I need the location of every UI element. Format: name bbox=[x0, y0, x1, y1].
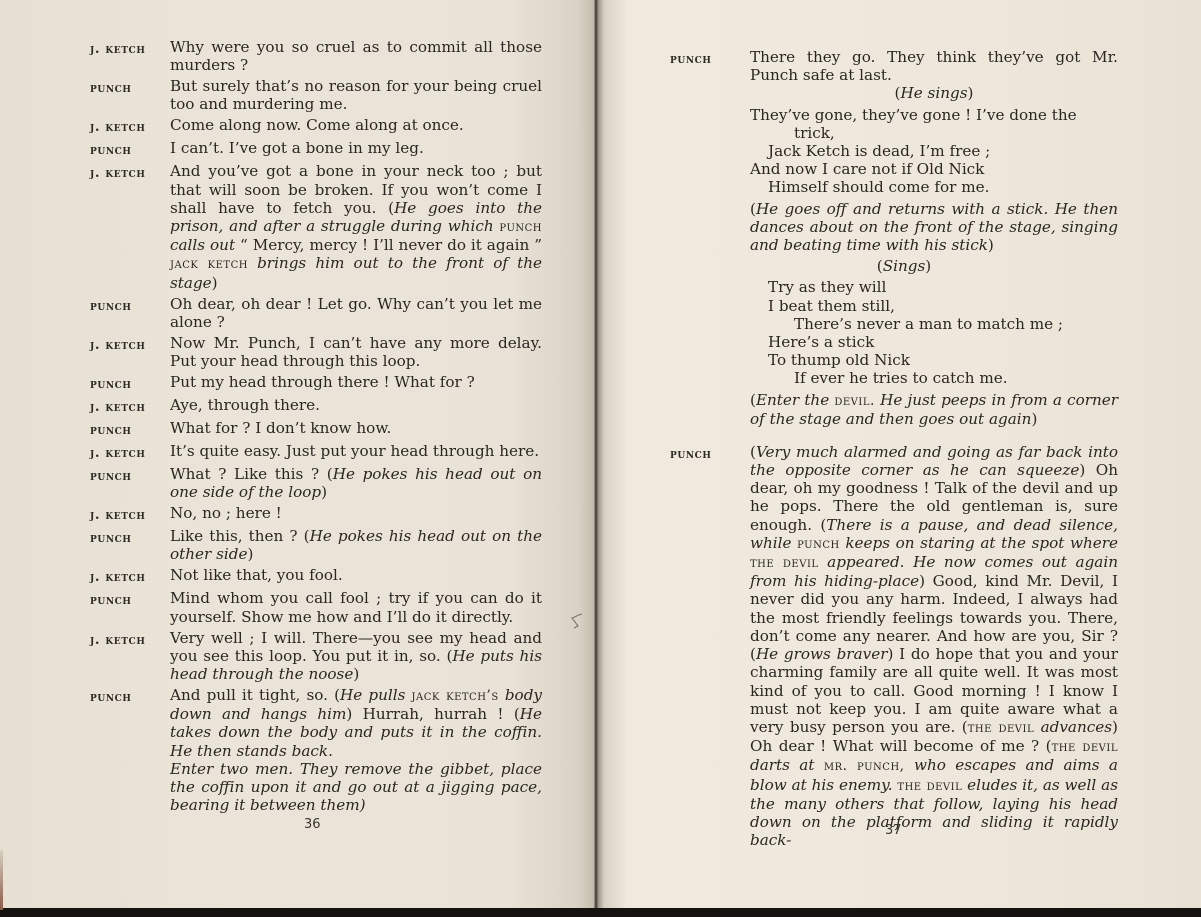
stage-direction: Enter the bbox=[756, 391, 834, 409]
speech-text: There they go. They think they’ve got Mr… bbox=[750, 48, 1118, 431]
character-name: The Devil bbox=[750, 555, 819, 571]
dialogue-line: J. KetchNo, no ; here ! bbox=[90, 504, 542, 524]
speaker-label: J. Ketch bbox=[90, 629, 170, 684]
stage-direction-sings: (He sings) bbox=[750, 84, 1118, 102]
character-name: Punch bbox=[499, 219, 542, 235]
speaker-label: Punch bbox=[90, 77, 170, 113]
speech-text: Not like that, you fool. bbox=[170, 566, 542, 586]
dialogue-line: PunchWhat ? Like this ? (He pokes his he… bbox=[90, 465, 542, 501]
song-verse-1: They’ve gone, they’ve gone ! I’ve done t… bbox=[750, 106, 1118, 197]
left-page: J. KetchWhy were you so cruel as to comm… bbox=[0, 0, 597, 912]
stage-direction: darts at bbox=[750, 756, 824, 774]
dialogue-line: PunchBut surely that’s no reason for you… bbox=[90, 77, 542, 113]
speech-text: And pull it tight, so. (He pulls Jack Ke… bbox=[170, 686, 542, 814]
speaker-label: J. Ketch bbox=[90, 396, 170, 416]
song-line: Try as they will bbox=[750, 278, 1118, 296]
dialogue-line: Punch There they go. They think they’ve … bbox=[670, 48, 1118, 431]
speech-text: But surely that’s no reason for your bei… bbox=[170, 77, 542, 113]
book-spread: J. KetchWhy were you so cruel as to comm… bbox=[0, 0, 1201, 912]
page-number-left: 36 bbox=[304, 817, 321, 832]
speaker-label: J. Ketch bbox=[90, 566, 170, 586]
dialogue-text: “ Mercy, mercy ! I’ll never do it again … bbox=[235, 236, 542, 254]
dialogue-text: ) bbox=[247, 545, 253, 563]
speaker-label: J. Ketch bbox=[90, 504, 170, 524]
speaker-label: Punch bbox=[90, 527, 170, 563]
speaker-label: Punch bbox=[90, 419, 170, 439]
song-line: Himself should come for me. bbox=[750, 178, 1118, 196]
song-line: Here’s a stick bbox=[750, 333, 1118, 351]
speech-text: It’s quite easy. Just put your head thro… bbox=[170, 442, 542, 462]
character-name: The Devil bbox=[897, 778, 962, 794]
speaker-label: Punch bbox=[90, 295, 170, 331]
dialogue-line: PunchPut my head through there ! What fo… bbox=[90, 373, 542, 393]
song-line: trick, bbox=[750, 124, 1118, 142]
dialogue-line: J. KetchIt’s quite easy. Just put your h… bbox=[90, 442, 542, 462]
dialogue-line: J. KetchAye, through there. bbox=[90, 396, 542, 416]
book-gutter bbox=[594, 0, 598, 912]
speech-text: Mind whom you call fool ; try if you can… bbox=[170, 589, 542, 625]
speaker-label: J. Ketch bbox=[90, 38, 170, 74]
speech-text: What for ? I don’t know how. bbox=[170, 419, 542, 439]
left-edge bbox=[0, 850, 3, 910]
dialogue-line: J. KetchNow Mr. Punch, I can’t have any … bbox=[90, 334, 542, 370]
speaker-label: Punch bbox=[90, 589, 170, 625]
stage-direction-stick: (He goes off and returns with a stick. H… bbox=[750, 200, 1118, 255]
right-page-text: Punch There they go. They think they’ve … bbox=[670, 48, 1118, 852]
stage-direction-devil: (Enter the Devil. He just peeps in from … bbox=[750, 391, 1118, 428]
dialogue-text: ) bbox=[353, 665, 359, 683]
direction-text: He goes off and returns with a stick. He… bbox=[750, 200, 1118, 254]
speech-text: Come along now. Come along at once. bbox=[170, 116, 542, 136]
left-page-text: J. KetchWhy were you so cruel as to comm… bbox=[90, 38, 542, 817]
song-verse-2: Try as they willI beat them still,There’… bbox=[750, 278, 1118, 387]
dialogue-text: Like this, then ? ( bbox=[170, 527, 310, 545]
dialogue-text: ) bbox=[212, 274, 218, 292]
stage-direction: calls out bbox=[170, 236, 235, 254]
dialogue-line: PunchLike this, then ? (He pokes his hea… bbox=[90, 527, 542, 563]
stage-direction: advances bbox=[1034, 718, 1112, 736]
character-name: Jack Ketch’s bbox=[412, 688, 499, 704]
dialogue-line: PunchAnd pull it tight, so. (He pulls Ja… bbox=[90, 686, 542, 814]
dialogue-line: Punch (Very much alarmed and going as fa… bbox=[670, 443, 1118, 849]
dialogue-line: PunchMind whom you call fool ; try if yo… bbox=[90, 589, 542, 625]
song-line: And now I care not if Old Nick bbox=[750, 160, 1118, 178]
speech-text: (Very much alarmed and going as far back… bbox=[750, 443, 1118, 849]
song-line: Jack Ketch is dead, I’m free ; bbox=[750, 142, 1118, 160]
speaker-label: Punch bbox=[670, 443, 750, 849]
dialogue-line: PunchWhat for ? I don’t know how. bbox=[90, 419, 542, 439]
character-name: Mr. Punch, bbox=[824, 758, 905, 774]
stage-direction: He grows braver bbox=[756, 645, 888, 663]
character-name: The Devil bbox=[1052, 739, 1118, 755]
character-name: Devil. bbox=[834, 393, 875, 409]
speech-opening: There they go. They think they’ve got Mr… bbox=[750, 48, 1118, 84]
speech-text: Why were you so cruel as to commit all t… bbox=[170, 38, 542, 74]
song-line: If ever he tries to catch me. bbox=[750, 369, 1118, 387]
song-line: I beat them still, bbox=[750, 297, 1118, 315]
speech-text: No, no ; here ! bbox=[170, 504, 542, 524]
stage-direction: Very much alarmed and going as far back … bbox=[750, 443, 1118, 479]
speaker-label: Punch bbox=[90, 686, 170, 814]
speaker-label: J. Ketch bbox=[90, 116, 170, 136]
speech-text: Now Mr. Punch, I can’t have any more del… bbox=[170, 334, 542, 370]
speaker-label: Punch bbox=[90, 465, 170, 501]
stage-direction: keeps on staring at the spot where bbox=[840, 534, 1118, 552]
dialogue-line: J. KetchAnd you’ve got a bone in your ne… bbox=[90, 162, 542, 291]
dialogue-line: J. KetchCome along now. Come along at on… bbox=[90, 116, 542, 136]
speech-text: Oh dear, oh dear ! Let go. Why can’t you… bbox=[170, 295, 542, 331]
song-line: They’ve gone, they’ve gone ! I’ve done t… bbox=[750, 106, 1118, 124]
speech-text: Put my head through there ! What for ? bbox=[170, 373, 542, 393]
speech-text: And you’ve got a bone in your neck too ;… bbox=[170, 162, 542, 291]
speaker-label: J. Ketch bbox=[90, 442, 170, 462]
character-name: The Devil bbox=[968, 720, 1034, 736]
bottom-edge bbox=[0, 908, 1201, 917]
direction-text: Sings bbox=[883, 257, 926, 275]
dialogue-line: J. KetchWhy were you so cruel as to comm… bbox=[90, 38, 542, 74]
stage-direction: He pulls bbox=[340, 686, 411, 704]
dialogue-line: J. KetchNot like that, you fool. bbox=[90, 566, 542, 586]
character-name: Punch bbox=[797, 536, 840, 552]
speech-text: Like this, then ? (He pokes his head out… bbox=[170, 527, 542, 563]
dialogue-text: What ? Like this ? ( bbox=[170, 465, 333, 483]
speaker-label: J. Ketch bbox=[90, 162, 170, 291]
song-line: There’s never a man to match me ; bbox=[750, 315, 1118, 333]
character-name: Jack Ketch bbox=[170, 256, 248, 272]
dialogue-text: And pull it tight, so. ( bbox=[170, 686, 340, 704]
dialogue-line: PunchOh dear, oh dear ! Let go. Why can’… bbox=[90, 295, 542, 331]
stage-direction: Enter two men. They remove the gibbet, p… bbox=[170, 760, 542, 815]
direction-text: He sings bbox=[900, 84, 967, 102]
speech-text: Very well ; I will. There—you see my hea… bbox=[170, 629, 542, 684]
dialogue-text: ) bbox=[321, 483, 327, 501]
dialogue-line: PunchI can’t. I’ve got a bone in my leg. bbox=[90, 139, 542, 159]
dialogue-line: J. KetchVery well ; I will. There—you se… bbox=[90, 629, 542, 684]
speaker-label: Punch bbox=[90, 373, 170, 393]
speaker-label: Punch bbox=[670, 48, 750, 431]
speaker-label: Punch bbox=[90, 139, 170, 159]
right-page: Punch There they go. They think they’ve … bbox=[597, 0, 1201, 912]
speaker-label: J. Ketch bbox=[90, 334, 170, 370]
song-line: To thump old Nick bbox=[750, 351, 1118, 369]
speech-text: What ? Like this ? (He pokes his head ou… bbox=[170, 465, 542, 501]
speech-text: I can’t. I’ve got a bone in my leg. bbox=[170, 139, 542, 159]
dialogue-text: ) Hurrah, hurrah ! ( bbox=[346, 705, 519, 723]
pencil-mark-icon bbox=[568, 612, 590, 636]
speech-text: Aye, through there. bbox=[170, 396, 542, 416]
page-number-right: 37 bbox=[885, 823, 902, 838]
stage-direction-sings-2: (Sings) bbox=[750, 257, 1118, 275]
